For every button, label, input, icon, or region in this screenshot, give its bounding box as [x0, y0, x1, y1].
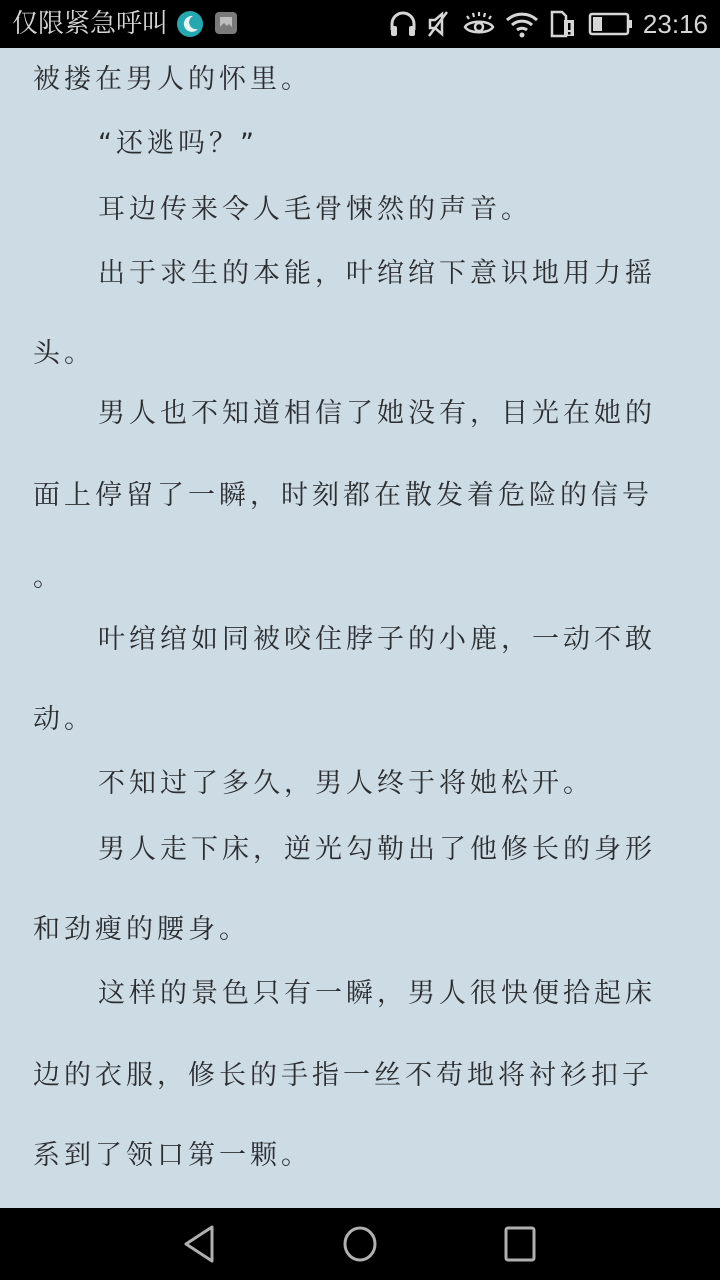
text-line: 边的衣服，修长的手指一丝不苟地将衬衫扣子 — [33, 1058, 653, 1094]
eye-protection-icon — [462, 10, 496, 38]
image-notification-icon — [214, 10, 238, 38]
battery-icon — [588, 10, 634, 38]
text-line: 不知过了多久，男人终于将她松开。 — [98, 766, 594, 802]
text-line: 耳边传来令人毛骨悚然的声音。 — [98, 192, 532, 228]
moon-app-icon — [176, 10, 204, 38]
recents-square-icon — [500, 1224, 540, 1264]
clock: 23:16 — [643, 7, 708, 41]
text-line: “还逃吗？” — [98, 126, 258, 162]
carrier-text: 仅限紧急呼叫 — [12, 7, 168, 41]
text-line: 。 — [33, 560, 64, 596]
back-button[interactable] — [178, 1224, 222, 1264]
text-line: 这样的景色只有一瞬，男人很快便拾起床 — [98, 976, 656, 1012]
navigation-bar — [0, 1208, 720, 1280]
headphones-icon — [388, 10, 418, 38]
text-line: 头。 — [33, 336, 95, 372]
text-line: 动。 — [33, 702, 95, 738]
reader-page[interactable]: 被搂在男人的怀里。 “还逃吗？” 耳边传来令人毛骨悚然的声音。 出于求生的本能，… — [0, 48, 720, 1208]
text-line: 出于求生的本能，叶绾绾下意识地用力摇 — [98, 256, 656, 292]
home-button[interactable] — [338, 1224, 382, 1264]
mute-icon — [425, 10, 453, 38]
home-circle-icon — [340, 1224, 380, 1264]
text-line: 和劲瘦的腰身。 — [33, 912, 250, 948]
text-line: 叶绾绾如同被咬住脖子的小鹿，一动不敢 — [98, 622, 656, 658]
wifi-icon — [505, 10, 539, 38]
text-line: 系到了领口第一颗。 — [33, 1138, 312, 1174]
text-line: 男人走下床，逆光勾勒出了他修长的身形 — [98, 832, 656, 868]
text-line: 男人也不知道相信了她没有，目光在她的 — [98, 396, 656, 432]
recents-button[interactable] — [498, 1224, 542, 1264]
status-bar: 仅限紧急呼叫 23:16 — [0, 0, 720, 48]
back-triangle-icon — [182, 1224, 218, 1264]
text-line: 面上停留了一瞬，时刻都在散发着危险的信号 — [33, 478, 653, 514]
sim-alert-icon — [550, 10, 576, 38]
text-line: 被搂在男人的怀里。 — [33, 62, 312, 98]
